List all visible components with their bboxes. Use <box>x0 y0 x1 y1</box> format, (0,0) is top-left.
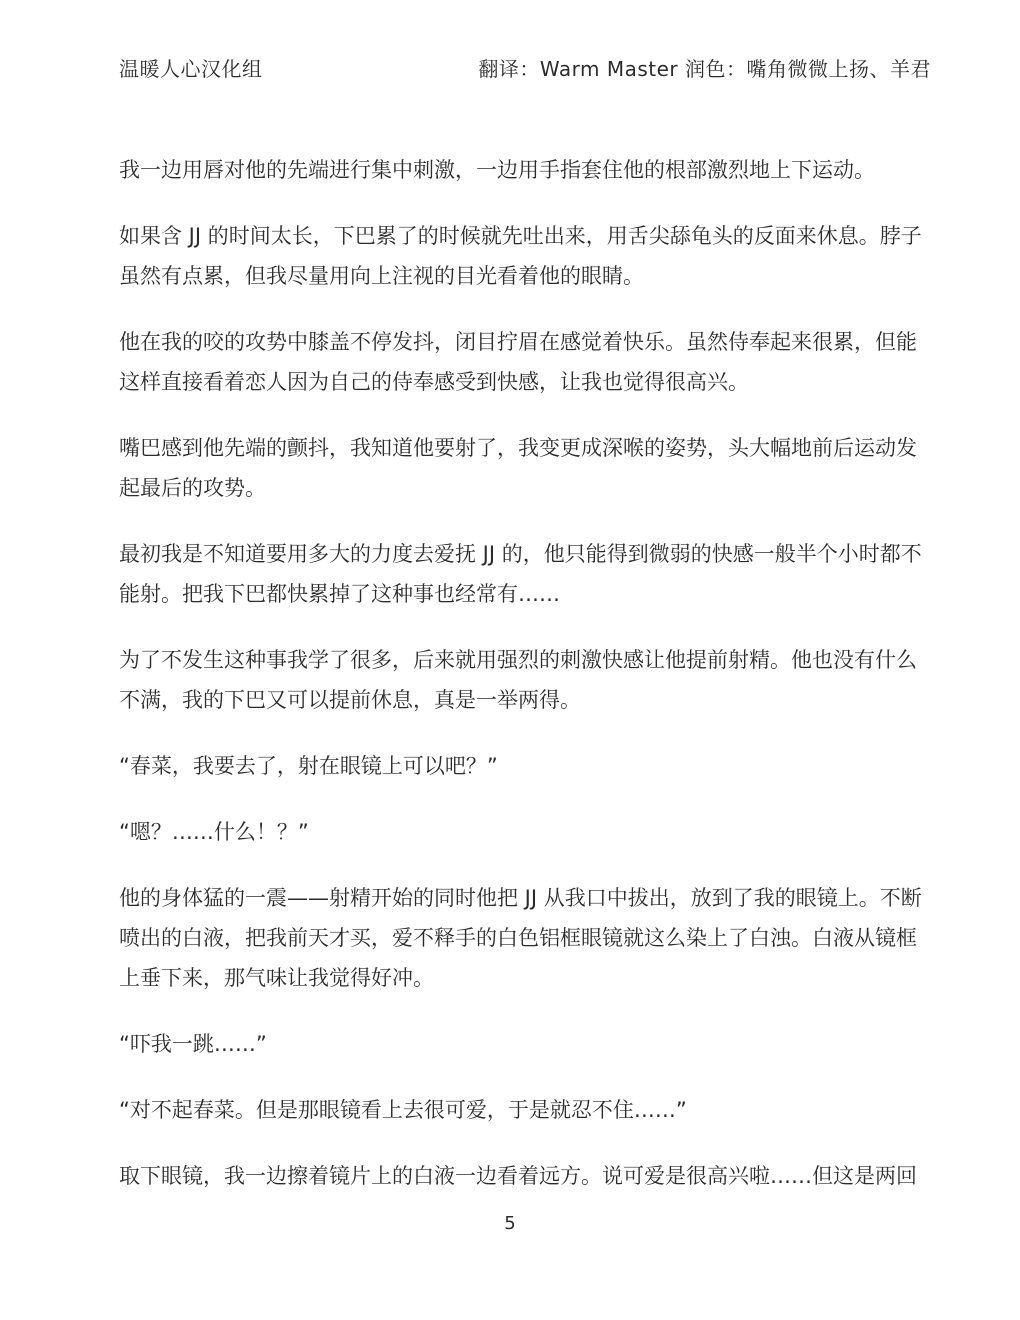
document-page: 温暖人心汉化组 翻译：Warm Master 润色：嘴角微微上扬、羊君 我一边用… <box>0 0 1020 1320</box>
paragraph: 取下眼镜，我一边擦着镜片上的白液一边看着远方。说可爱是很高兴啦……但这是两回 <box>119 1156 933 1196</box>
paragraph: 我一边用唇对他的先端进行集中刺激，一边用手指套住他的根部激烈地上下运动。 <box>119 150 933 190</box>
paragraph-dialogue: “吓我一跳……” <box>119 1024 933 1064</box>
header-credits: 翻译：Warm Master 润色：嘴角微微上扬、羊君 <box>478 56 931 82</box>
page-number: 5 <box>504 1213 515 1234</box>
paragraph: 他在我的咬的攻势中膝盖不停发抖，闭目拧眉在感觉着快乐。虽然侍奉起来很累，但能这样… <box>119 322 933 402</box>
paragraph: 为了不发生这种事我学了很多，后来就用强烈的刺激快感让他提前射精。他也没有什么不满… <box>119 640 933 720</box>
paragraph-dialogue: “嗯？……什么！？” <box>119 812 933 852</box>
header-group-name: 温暖人心汉化组 <box>119 56 263 82</box>
page-header: 温暖人心汉化组 翻译：Warm Master 润色：嘴角微微上扬、羊君 <box>119 56 931 82</box>
paragraph: 他的身体猛的一震——射精开始的同时他把 JJ 从我口中拔出，放到了我的眼镜上。不… <box>119 878 933 998</box>
paragraph-dialogue: “对不起春菜。但是那眼镜看上去很可爱，于是就忍不住……” <box>119 1090 933 1130</box>
paragraph-dialogue: “春菜，我要去了，射在眼镜上可以吧？” <box>119 746 933 786</box>
paragraph: 如果含 JJ 的时间太长，下巴累了的时候就先吐出来，用舌尖舔龟头的反面来休息。脖… <box>119 216 933 296</box>
paragraph: 嘴巴感到他先端的颤抖，我知道他要射了，我变更成深喉的姿势，头大幅地前后运动发起最… <box>119 428 933 508</box>
page-body-text: 我一边用唇对他的先端进行集中刺激，一边用手指套住他的根部激烈地上下运动。 如果含… <box>119 150 933 1222</box>
paragraph: 最初我是不知道要用多大的力度去爱抚 JJ 的，他只能得到微弱的快感一般半个小时都… <box>119 534 933 614</box>
page-footer: 5 <box>0 1211 1020 1237</box>
